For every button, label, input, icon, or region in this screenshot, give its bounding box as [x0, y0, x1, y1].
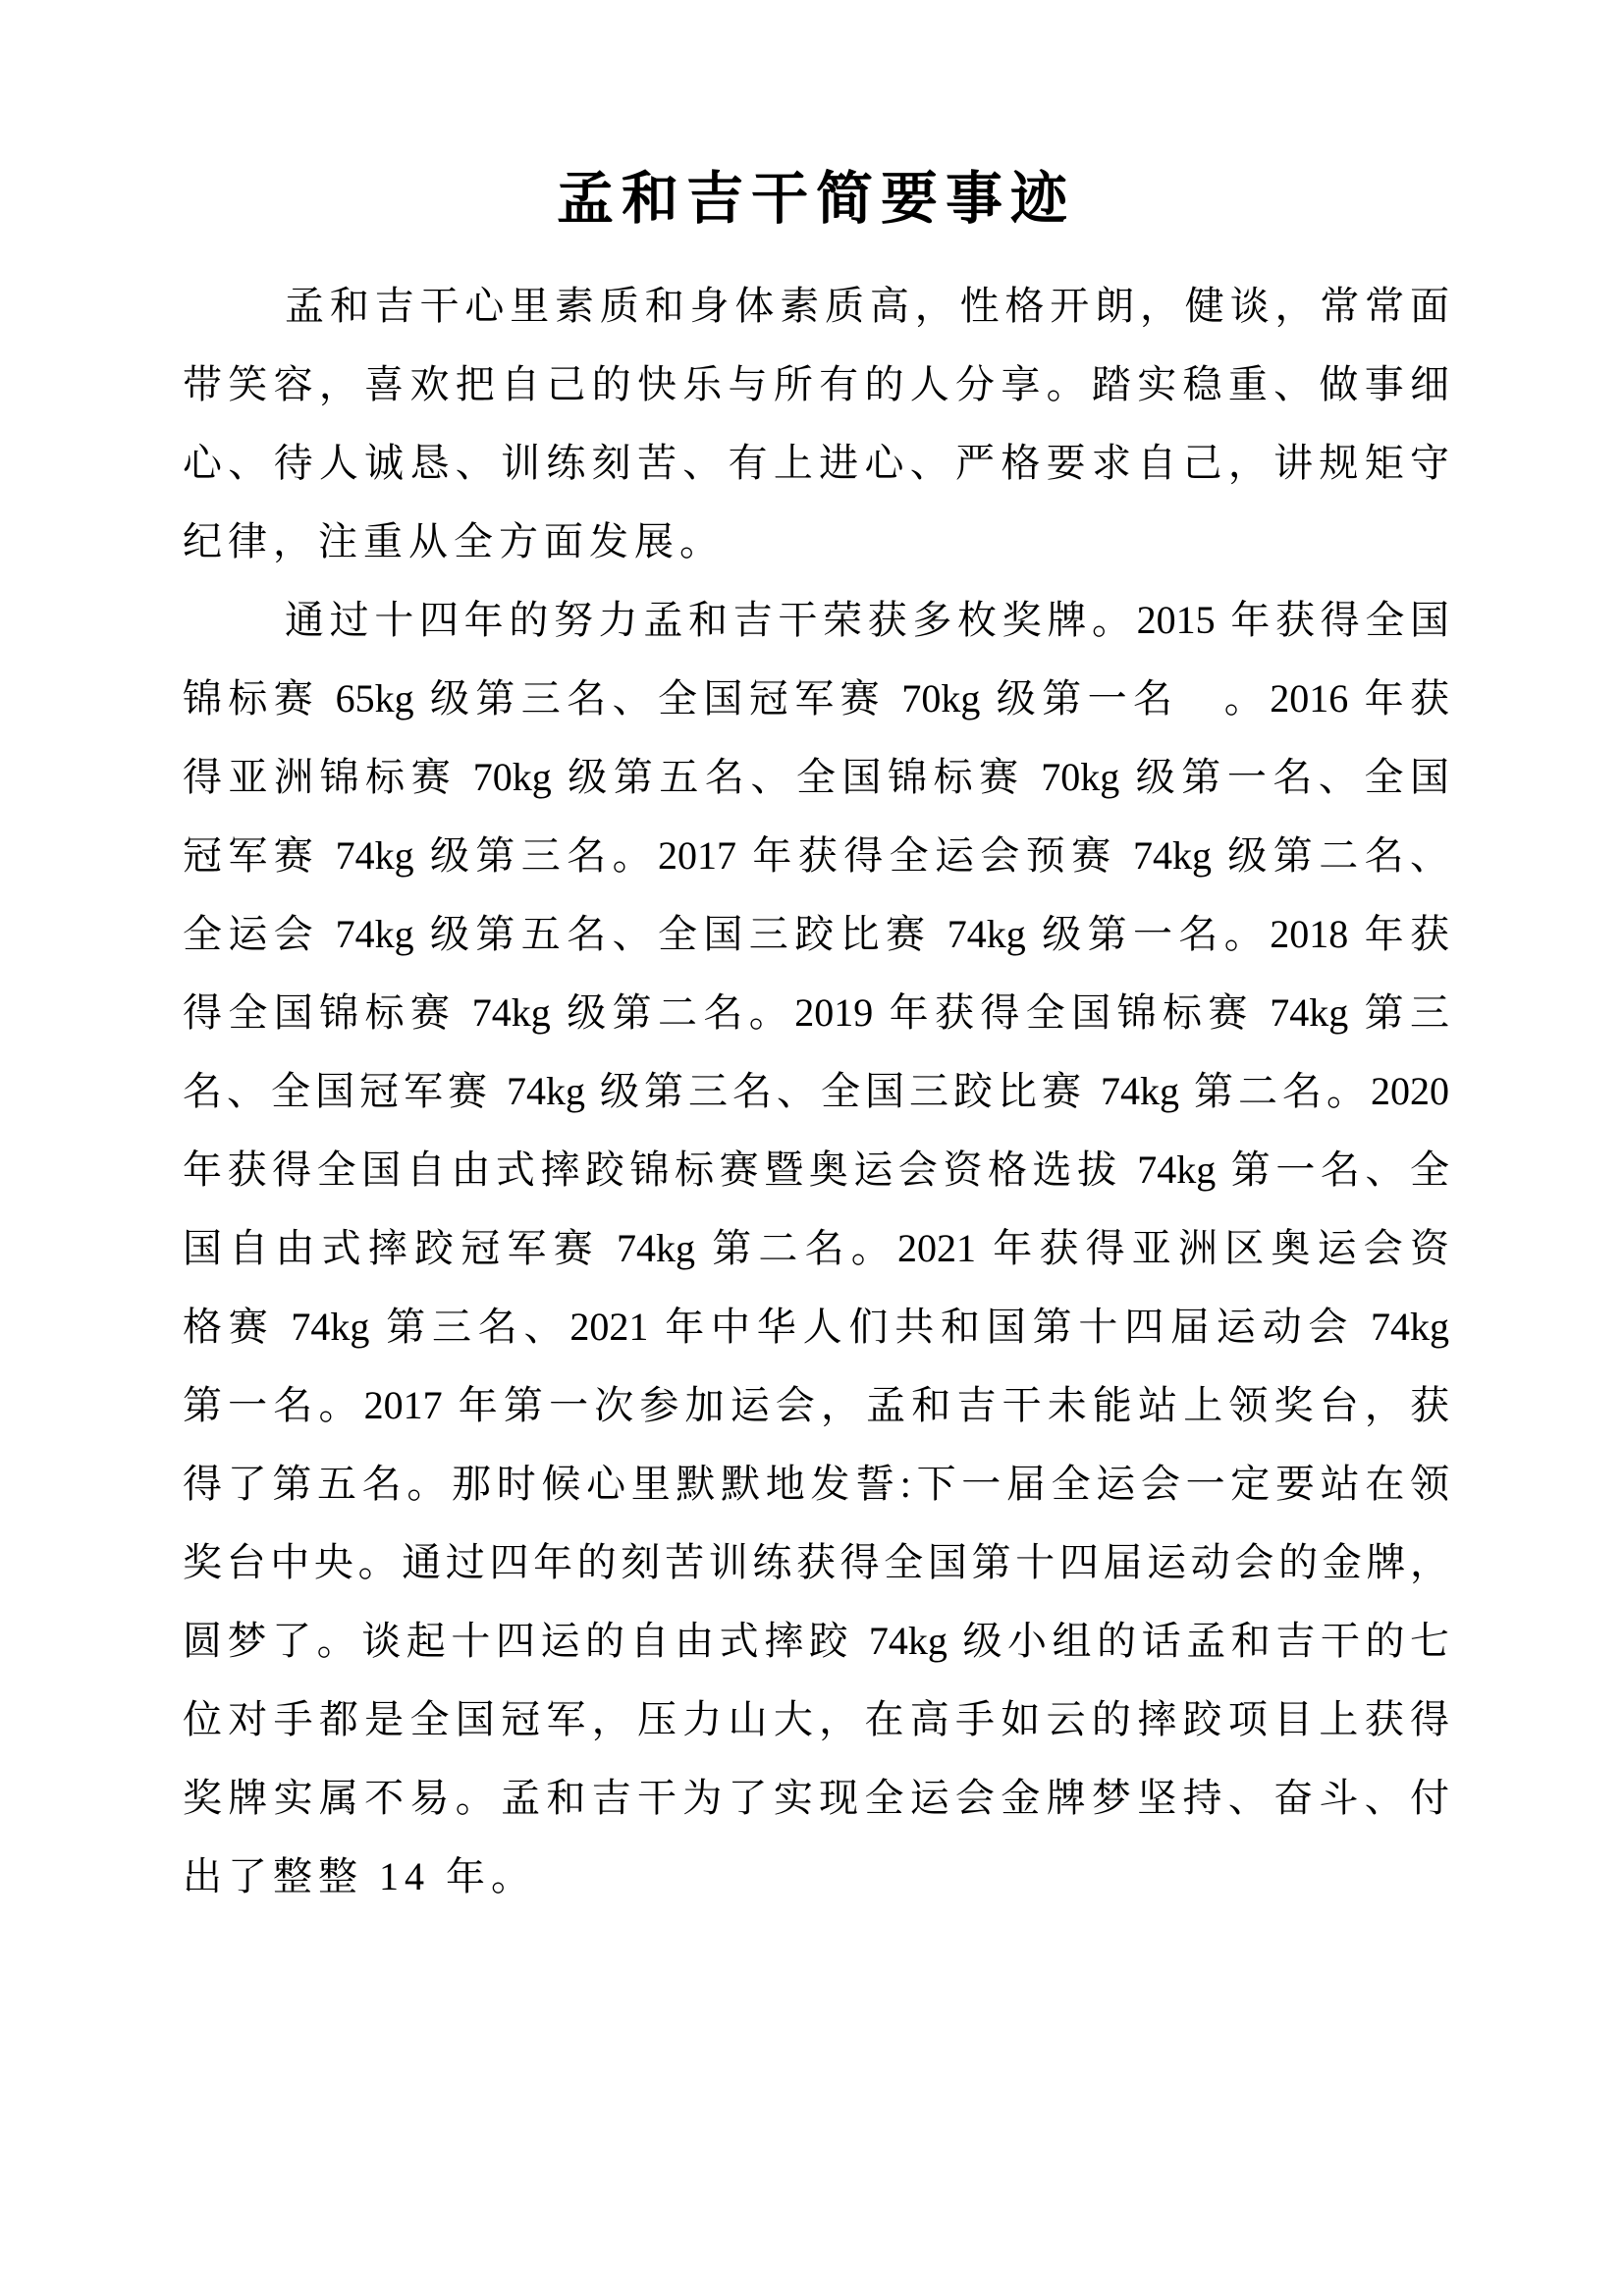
text-line: 带笑容，喜欢把自己的快乐与所有的人分享。踏实稳重、做事细: [183, 346, 1449, 424]
text-line: 奖牌实属不易。孟和吉干为了实现全运会金牌梦坚持、奋斗、付: [183, 1759, 1449, 1838]
text-line: 冠军赛 74kg 级第三名。2017 年获得全运会预赛 74kg 级第二名、: [183, 817, 1449, 895]
text-line: 纪律，注重从全方面发展。: [183, 503, 1449, 581]
text-line: 位对手都是全国冠军，压力山大，在高手如云的摔跤项目上获得: [183, 1681, 1449, 1759]
document-page: 孟和吉干简要事迹 孟和吉干心里素质和身体素质高，性格开朗，健谈，常常面 带笑容，…: [0, 0, 1624, 2296]
text-line: 出了整整 14 年。: [183, 1838, 1449, 1916]
text-line: 得了第五名。那时候心里默默地发誓:下一届全运会一定要站在领: [183, 1445, 1449, 1523]
text-line: 奖台中央。通过四年的刻苦训练获得全国第十四届运动会的金牌，: [183, 1523, 1449, 1602]
text-line: 孟和吉干心里素质和身体素质高，性格开朗，健谈，常常面: [183, 267, 1449, 346]
document-title: 孟和吉干简要事迹: [183, 165, 1449, 234]
text-line: 心、待人诚恳、训练刻苦、有上进心、严格要求自己，讲规矩守: [183, 424, 1449, 503]
text-line: 格赛 74kg 第三名、2021 年中华人们共和国第十四届运动会 74kg: [183, 1288, 1449, 1366]
paragraph-achievements: 通过十四年的努力孟和吉干荣获多枚奖牌。2015 年获得全国 锦标赛 65kg 级…: [183, 581, 1449, 1916]
text-line: 得亚洲锦标赛 70kg 级第五名、全国锦标赛 70kg 级第一名、全国: [183, 738, 1449, 817]
document-content: 孟和吉干简要事迹 孟和吉干心里素质和身体素质高，性格开朗，健谈，常常面 带笑容，…: [183, 165, 1449, 1916]
text-line: 通过十四年的努力孟和吉干荣获多枚奖牌。2015 年获得全国: [183, 581, 1449, 660]
text-line: 锦标赛 65kg 级第三名、全国冠军赛 70kg 级第一名 。2016 年获: [183, 660, 1449, 738]
text-line: 年获得全国自由式摔跤锦标赛暨奥运会资格选拔 74kg 第一名、全: [183, 1131, 1449, 1209]
text-line: 全运会 74kg 级第五名、全国三跤比赛 74kg 级第一名。2018 年获: [183, 895, 1449, 974]
text-line: 名、全国冠军赛 74kg 级第三名、全国三跤比赛 74kg 第二名。2020: [183, 1052, 1449, 1131]
paragraph-intro: 孟和吉干心里素质和身体素质高，性格开朗，健谈，常常面 带笑容，喜欢把自己的快乐与…: [183, 267, 1449, 581]
text-line: 圆梦了。谈起十四运的自由式摔跤 74kg 级小组的话孟和吉干的七: [183, 1602, 1449, 1681]
text-line: 得全国锦标赛 74kg 级第二名。2019 年获得全国锦标赛 74kg 第三: [183, 974, 1449, 1052]
text-line: 国自由式摔跤冠军赛 74kg 第二名。2021 年获得亚洲区奥运会资: [183, 1209, 1449, 1288]
text-line: 第一名。2017 年第一次参加运会，孟和吉干未能站上领奖台，获: [183, 1366, 1449, 1445]
